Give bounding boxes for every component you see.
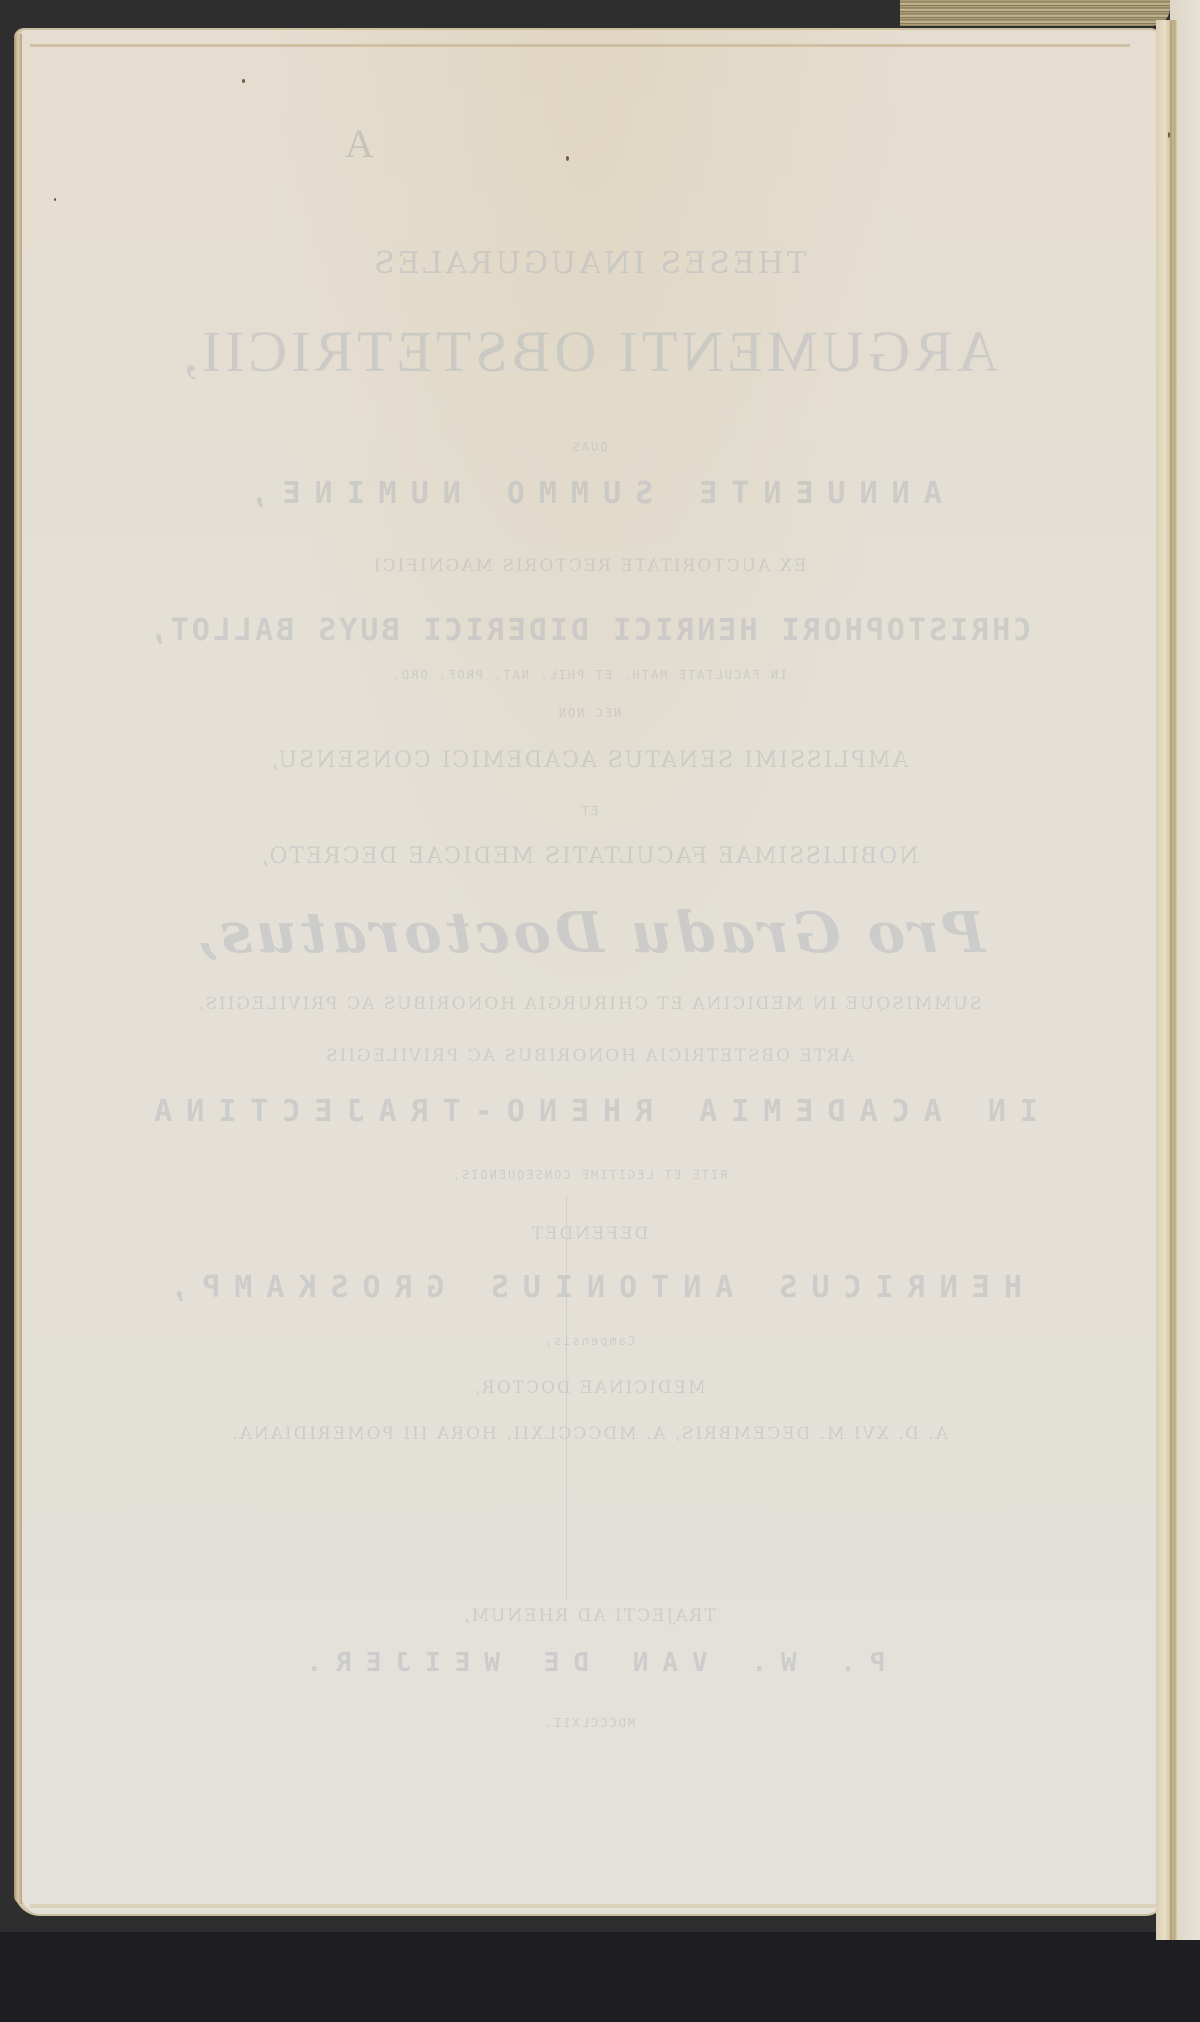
show-through-line: AMPLISSIMI SENATUS ACADEMICI CONSENSU,	[14, 748, 1164, 773]
show-through-line: IN FACULTATE MATH. ET PHIL. NAT. PROF. O…	[14, 668, 1164, 682]
book-spine-gutter	[1156, 20, 1178, 1940]
show-through-rule	[566, 1195, 567, 1600]
show-through-line: SUMMISQUE IN MEDICINA ET CHIRURGIA HONOR…	[14, 994, 1164, 1014]
show-through-line: NEC NON	[14, 706, 1164, 720]
show-through-line: HENRICUS ANTONIUS GROSKAMP,	[14, 1270, 1164, 1305]
show-through-line: TRAJECTI AD RHENUM,	[14, 1606, 1164, 1626]
show-through-line: NOBILISSIMAE FACULTATIS MEDICAE DECRETO,	[14, 844, 1164, 869]
show-through-line: ARGUMENTI OBSTETRICII,	[14, 318, 1164, 385]
mirrored-show-through-text: THESES INAUGURALES ARGUMENTI OBSTETRICII…	[14, 28, 1164, 1916]
show-through-line: P. W. VAN DE WEIJER.	[14, 1648, 1164, 1678]
show-through-line: IN ACADEMIA RHENO-TRAJECTINA	[14, 1094, 1164, 1129]
paper-speck	[566, 156, 569, 161]
gutter-fold-line	[1170, 20, 1172, 1940]
show-through-line: MDCCCLXII.	[14, 1716, 1164, 1730]
show-through-line: ANNUENTE SUMMO NUMINE,	[14, 476, 1164, 511]
paper-speck	[242, 79, 245, 83]
show-through-line: RITE ET LEGITIME CONSEQUENDIS,	[14, 1168, 1164, 1182]
gilt-page-edges	[900, 0, 1170, 26]
show-through-line: CHRISTOPHORI HENRICI DIDERICI BUYS BALLO…	[14, 613, 1164, 648]
paper-speck	[54, 198, 56, 201]
show-through-line: DEFENDET	[14, 1224, 1164, 1244]
show-through-line: EX AUCTORITATE RECTORIS MAGNIFICI	[14, 556, 1164, 576]
show-through-line: Campensis,	[14, 1334, 1164, 1348]
show-through-line: MEDICINAE DOCTOR,	[14, 1378, 1164, 1398]
show-through-line: ET	[14, 804, 1164, 818]
show-through-line: Pro Gradu Doctoratus,	[14, 900, 1164, 966]
show-through-line: ARTE OBSTETRICIA HONORIBUS AC PRIVILEGII…	[14, 1046, 1164, 1066]
show-through-line: A. D. XVI M. DECEMBRIS, A. MDCCCLXII, HO…	[14, 1424, 1164, 1444]
scanner-bed-bottom	[0, 1932, 1200, 2022]
show-through-line: THESES INAUGURALES	[14, 246, 1164, 281]
paper-speck	[1168, 132, 1170, 138]
show-through-line: QUAS	[14, 440, 1164, 454]
